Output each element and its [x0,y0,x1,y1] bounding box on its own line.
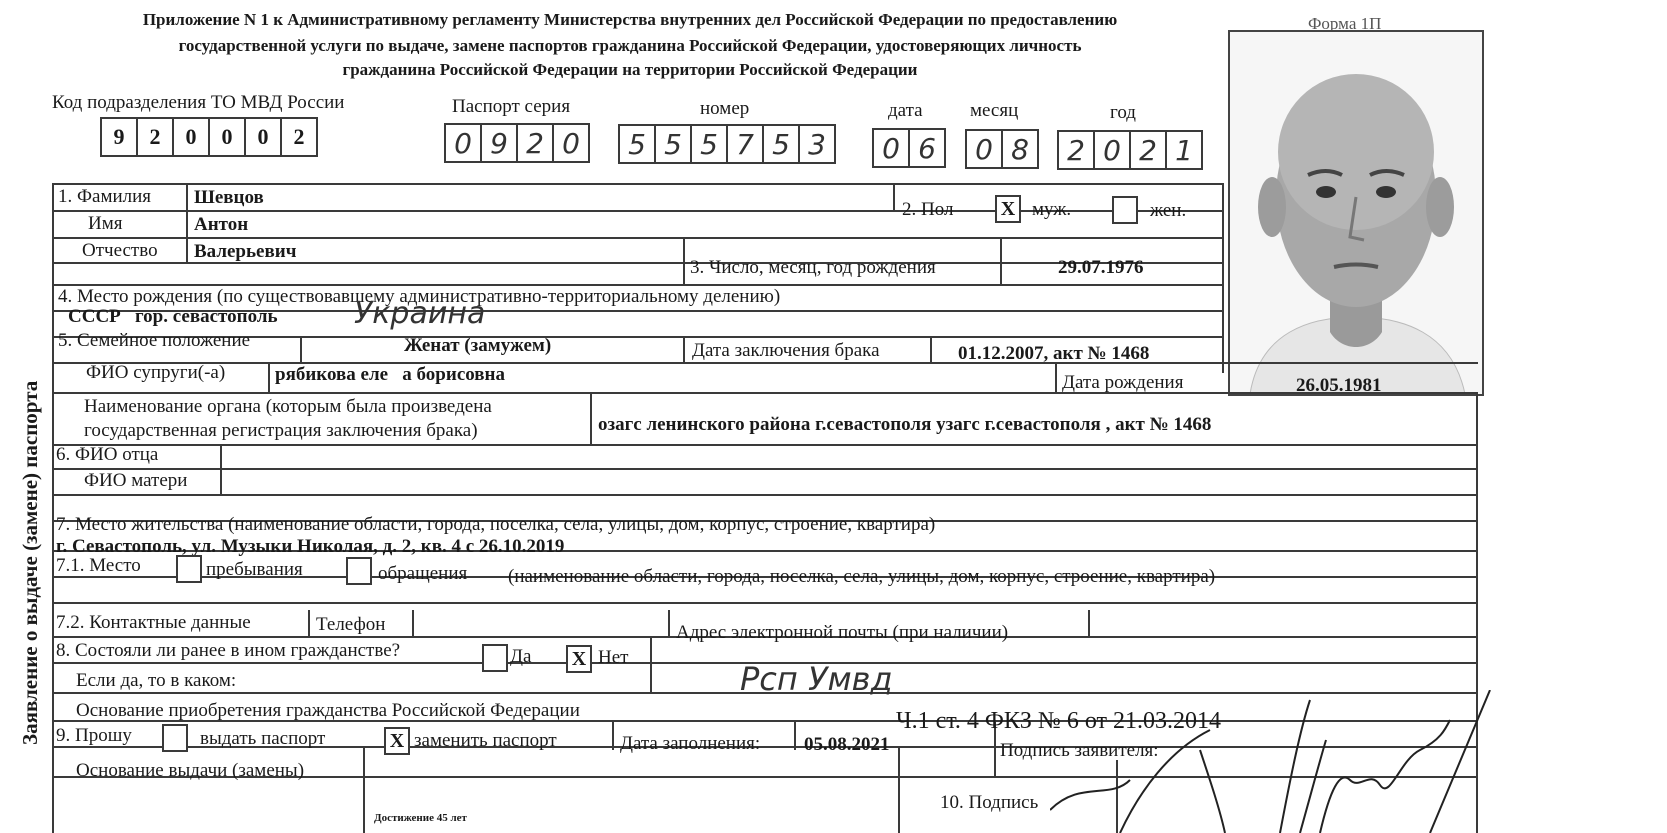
digit-cell: 2 [518,125,554,161]
division-code-cells: 920002 [100,117,318,157]
citizenship-no-checkbox[interactable]: X [566,645,592,673]
digit-cell: 0 [246,119,282,155]
residence-label: 7. Место жительства (наименование област… [56,514,935,536]
marriage-date-value[interactable]: 01.12.2007, акт № 1468 [958,343,1149,365]
spouse-value[interactable]: рябикова еле а борисовна [275,364,505,386]
day-label: дата [888,100,923,122]
table-left-border [52,183,54,833]
father-label: 6. ФИО отца [56,444,158,466]
phone-label: Телефон [316,614,385,636]
appeal-checkbox[interactable] [346,557,372,585]
marital-label: 5. Семейное положение [58,330,250,352]
spouse-dob-label: Дата рождения [1062,372,1183,394]
digit-cell: 2 [1059,132,1095,168]
registry-value[interactable]: озагс ленинского района г.севастополя уз… [598,414,1211,436]
digit-cell: 3 [800,126,834,162]
birthplace-handwritten: Украина [354,296,485,331]
patronymic-value[interactable]: Валерьевич [194,241,296,263]
digit-cell: 1 [1167,132,1201,168]
dob-value[interactable]: 29.07.1976 [1058,257,1144,279]
digit-cell: 0 [210,119,246,155]
person-photo-icon [1230,32,1482,394]
issue-passport-label: выдать паспорт [200,728,325,750]
stay-checkbox[interactable] [176,555,202,583]
spouse-label: ФИО супруги(-а) [86,362,225,384]
digit-cell: 2 [138,119,174,155]
digit-cell: 5 [764,126,800,162]
citizenship-no-label: Нет [598,647,628,669]
digit-cell: 6 [910,130,944,166]
digit-cell: 5 [656,126,692,162]
marriage-date-label: Дата заключения брака [692,340,880,362]
sex-male-label: муж. [1032,199,1071,221]
surname-value[interactable]: Шевцов [194,187,264,209]
registry-label-2: государственная регистрация заключения б… [84,420,478,442]
place-hint: (наименование области, города, поселка, … [508,566,1215,588]
appeal-label: обращения [378,563,467,585]
surname-label: 1. Фамилия [58,186,151,208]
sex-label: 2. Пол [902,199,953,221]
if-yes-handwritten: Рсп Умвд [740,660,893,698]
patronymic-label: Отчество [82,240,158,262]
day-cells: 06 [872,128,946,168]
applicant-signature-icon [1050,690,1510,833]
email-label: Адрес электронной почты (при наличии) [676,622,1008,644]
digit-cell: 5 [692,126,728,162]
number-label: номер [700,98,749,120]
header-line-1: Приложение N 1 к Административному регла… [30,8,1230,32]
month-cells: 08 [965,129,1039,169]
citizenship-yes-label: Да [510,646,531,668]
name-value[interactable]: Антон [194,214,248,236]
division-code-label: Код подразделения ТО МВД России [52,92,344,114]
contacts-label: 7.2. Контактные данные [56,612,251,634]
sex-male-checkbox[interactable]: X [995,195,1021,223]
request-label: 9. Прошу [56,725,132,747]
side-title: Заявление о выдаче (замене) паспорта [18,381,43,745]
digit-cell: 0 [554,125,588,161]
name-label: Имя [88,213,122,235]
series-label: Паспорт серия [452,96,570,118]
digit-cell: 0 [1095,132,1131,168]
sex-female-label: жен. [1150,200,1186,222]
digit-cell: 0 [446,125,482,161]
digit-cell: 5 [620,126,656,162]
marital-value[interactable]: Женат (замужем) [404,335,551,357]
digit-cell: 0 [174,119,210,155]
issue-basis-label: Основание выдачи (замены) [76,760,304,782]
digit-cell: 9 [482,125,518,161]
year-cells: 2021 [1057,130,1203,170]
citizenship-yes-checkbox[interactable] [482,644,508,672]
place-label: 7.1. Место [56,555,141,577]
other-citizenship-label: 8. Состояли ли ранее в ином гражданстве? [56,640,400,662]
digit-cell: 7 [728,126,764,162]
dob-label: 3. Число, месяц, год рождения [690,257,936,279]
digit-cell: 9 [102,119,138,155]
digit-cell: 0 [967,131,1003,167]
issue-basis-value[interactable]: Достижение 45 лет [374,812,467,824]
replace-passport-checkbox[interactable]: X [384,727,410,755]
digit-cell: 2 [1131,132,1167,168]
series-cells: 0920 [444,123,590,163]
number-cells: 555753 [618,124,836,164]
spouse-dob-value[interactable]: 26.05.1981 [1296,375,1382,397]
fill-date-value[interactable]: 05.08.2021 [804,734,890,756]
stay-label: пребывания [206,559,303,581]
month-label: месяц [970,100,1018,122]
fill-date-label: Дата заполнения: [620,733,760,755]
signature10-label: 10. Подпись [940,792,1038,814]
applicant-photo [1228,30,1484,396]
digit-cell: 0 [874,130,910,166]
mother-label: ФИО матери [84,470,187,492]
sex-female-checkbox[interactable] [1112,196,1138,224]
digit-cell: 2 [282,119,316,155]
basis-citizenship-label: Основание приобретения гражданства Росси… [76,700,580,722]
registry-label-1: Наименование органа (которым была произв… [84,396,492,418]
year-label: год [1110,102,1136,124]
birthplace-value[interactable]: СССР гор. севастополь [68,306,278,328]
if-yes-label: Если да, то в каком: [76,670,236,692]
header-line-2: государственной услуги по выдаче, замене… [30,34,1230,58]
digit-cell: 8 [1003,131,1037,167]
issue-passport-checkbox[interactable] [162,724,188,752]
replace-passport-label: заменить паспорт [414,730,557,752]
header-line-3: гражданина Российской Федерации на терри… [30,58,1230,82]
